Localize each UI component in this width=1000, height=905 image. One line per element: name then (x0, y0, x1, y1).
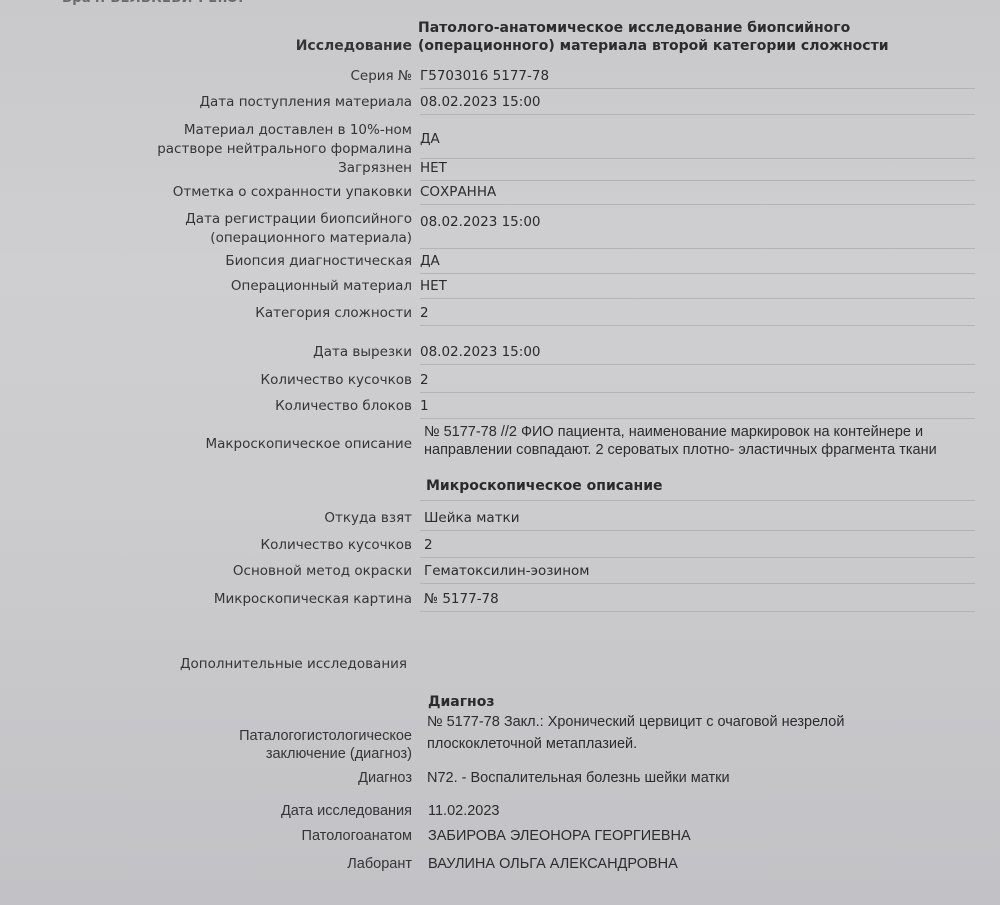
lab-value: ВАУЛИНА ОЛЬГА АЛЕКСАНДРОВНА (428, 854, 678, 874)
rule (420, 114, 975, 115)
macro-value-2: направлении совпадают. 2 сероватых плотн… (424, 440, 937, 460)
registered-label-2: (операционного материала) (210, 228, 412, 248)
received-label: Дата поступления материала (199, 92, 412, 112)
diagnosis-section-title: Диагноз (428, 694, 494, 710)
rule (420, 180, 975, 181)
macro-value-1: № 5177-78 //2 ФИО пациента, наименование… (424, 422, 923, 442)
conclusion-label-1: Паталогогистологическое (239, 726, 412, 746)
stain-label: Основной метод окраски (233, 561, 412, 581)
packaging-value: СОХРАННА (420, 182, 496, 202)
rule (420, 248, 975, 249)
registered-label-1: Дата регистрации биопсийного (185, 209, 412, 229)
rule (420, 611, 975, 612)
micro-pieces-label: Количество кусочков (261, 535, 413, 555)
blocks-label: Количество блоков (275, 396, 412, 416)
packaging-label: Отметка о сохранности упаковки (173, 182, 412, 202)
date-label: Дата исследования (281, 801, 412, 821)
diagnosis-label: Диагноз (358, 768, 412, 788)
rule (420, 325, 975, 326)
rule (420, 204, 975, 205)
conclusion-value-2: плоскоклеточной метаплазией. (427, 734, 637, 754)
source-value: Шейка матки (424, 508, 519, 528)
additional-label: Дополнительные исследования (180, 654, 407, 674)
formalin-value: ДА (420, 129, 440, 149)
cut-date-label: Дата вырезки (313, 342, 412, 362)
rule (420, 364, 975, 365)
formalin-label-1: Материал доставлен в 10%-ном (184, 120, 412, 140)
micro-section-title: Микроскопическое описание (426, 478, 663, 494)
rule (420, 530, 975, 531)
rule (420, 418, 975, 419)
pieces-value: 2 (420, 370, 429, 390)
diagnosis-value: N72. - Воспалительная болезнь шейки матк… (427, 768, 730, 788)
source-label: Откуда взят (324, 508, 412, 528)
pieces-label: Количество кусочков (261, 370, 413, 390)
lab-label: Лаборант (347, 854, 412, 874)
rule (420, 392, 975, 393)
blocks-value: 1 (420, 396, 429, 416)
rule (420, 298, 975, 299)
complexity-value: 2 (420, 303, 429, 323)
diag-biopsy-label: Биопсия диагностическая (225, 251, 412, 271)
study-value-2: (операционного) материала второй категор… (418, 36, 889, 56)
rule (420, 158, 975, 159)
study-value-1: Патолого-анатомическое исследование биоп… (418, 18, 850, 38)
formalin-label-2: растворе нейтрального формалина (157, 139, 412, 159)
contaminated-value: НЕТ (420, 158, 447, 178)
pathologist-label: Патологоанатом (302, 826, 412, 846)
conclusion-value-1: № 5177-78 Закл.: Хронический цервицит с … (427, 712, 844, 732)
complexity-label: Категория сложности (255, 303, 412, 323)
operational-label: Операционный материал (231, 276, 412, 296)
micro-pieces-value: 2 (424, 535, 433, 555)
rule (420, 557, 975, 558)
macro-label: Макроскопическое описание (205, 434, 412, 454)
date-value: 11.02.2023 (428, 801, 500, 821)
stain-value: Гематоксилин-эозином (424, 561, 589, 581)
conclusion-label-2: заключение (диагноз) (266, 744, 412, 764)
picture-label: Микроскопическая картина (214, 589, 412, 609)
doctor-name: Врач: БЕЛЬКЕВИЧ Е.Ю. (62, 0, 243, 6)
pathologist-value: ЗАБИРОВА ЭЛЕОНОРА ГЕОРГИЕВНА (428, 826, 691, 846)
registered-value: 08.02.2023 15:00 (420, 212, 541, 232)
series-label: Серия № (350, 66, 412, 86)
cut-date-value: 08.02.2023 15:00 (420, 342, 541, 362)
rule (420, 88, 975, 89)
diag-biopsy-value: ДА (420, 251, 440, 271)
contaminated-label: Загрязнен (338, 158, 412, 178)
rule (420, 583, 975, 584)
series-value: Г5703016 5177-78 (420, 66, 549, 86)
operational-value: НЕТ (420, 276, 447, 296)
rule (420, 273, 975, 274)
study-label: Исследование (296, 36, 412, 56)
received-value: 08.02.2023 15:00 (420, 92, 541, 112)
picture-value: № 5177-78 (424, 589, 499, 609)
rule (420, 500, 975, 501)
